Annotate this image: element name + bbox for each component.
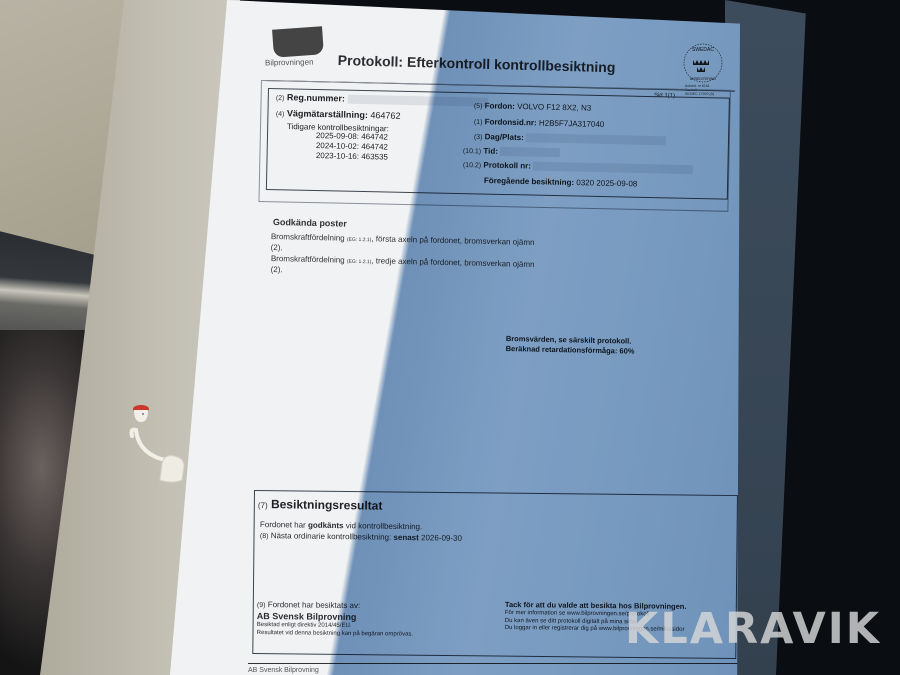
inspection-protocol-document: Bilprovningen Protokoll: Efterkontroll k…	[170, 0, 740, 675]
bilprovningen-logo-icon	[272, 26, 324, 57]
approved-items-title: Godkända poster	[273, 217, 347, 229]
cartoon-sticker-icon	[128, 398, 190, 494]
logo-text: Bilprovningen	[265, 58, 314, 68]
klaravik-watermark: KLARAVIK	[625, 604, 881, 654]
reg-number-label: Reg.nummer:	[287, 92, 345, 103]
